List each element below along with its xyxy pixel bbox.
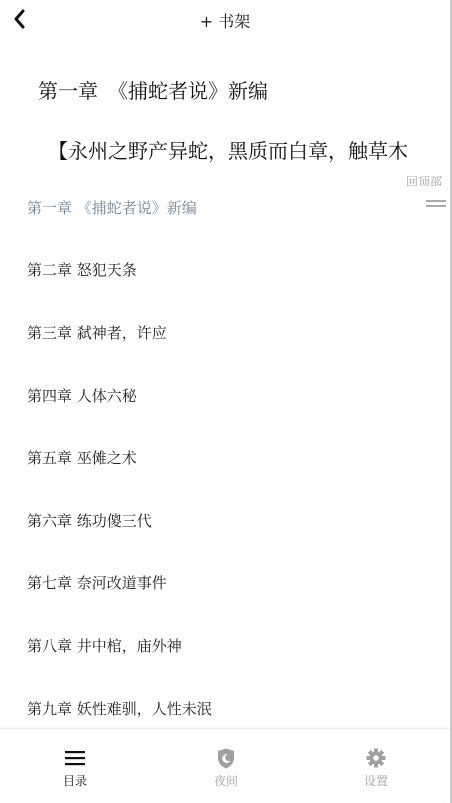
top-bar: + 书架	[0, 0, 450, 40]
toc-item-chapter-7[interactable]: 第七章 奈河改道事件	[27, 572, 167, 593]
night-shield-icon	[186, 746, 266, 770]
table-of-contents: 第一章 《捕蛇者说》新编 第二章 怒犯天条 第三章 弑神者，许应 第四章 人体六…	[0, 186, 450, 726]
drag-handle[interactable]	[426, 200, 446, 210]
toc-item-chapter-5[interactable]: 第五章 巫傩之术	[27, 447, 137, 468]
bottom-nav: 目录 夜间	[0, 728, 450, 803]
nav-night-button[interactable]: 夜间	[186, 746, 266, 789]
toc-item-chapter-8[interactable]: 第八章 井中棺，庙外神	[27, 635, 182, 656]
reader-page: + 书架 第一章 《捕蛇者说》新编 【永州之野产异蛇，黑质而白章，触草木 回顶部…	[0, 0, 452, 803]
toc-item-chapter-6[interactable]: 第六章 练功傻三代	[27, 510, 152, 531]
gear-icon	[336, 746, 416, 770]
nav-toc-button[interactable]: 目录	[35, 746, 115, 789]
toc-item-chapter-3[interactable]: 第三章 弑神者，许应	[27, 322, 167, 343]
chapter-body-text: 【永州之野产异蛇，黑质而白章，触草木	[48, 135, 408, 164]
add-to-shelf-button[interactable]: + 书架	[0, 9, 450, 32]
nav-toc-label: 目录	[35, 772, 115, 789]
chapter-heading: 第一章 《捕蛇者说》新编	[38, 75, 268, 104]
toc-item-chapter-2[interactable]: 第二章 怒犯天条	[27, 259, 137, 280]
nav-night-label: 夜间	[186, 772, 266, 789]
nav-settings-button[interactable]: 设置	[336, 746, 416, 789]
toc-item-chapter-4[interactable]: 第四章 人体六秘	[27, 385, 137, 406]
nav-settings-label: 设置	[336, 772, 416, 789]
toc-item-chapter-1[interactable]: 第一章 《捕蛇者说》新编	[27, 197, 197, 218]
menu-icon	[35, 746, 115, 770]
toc-item-chapter-9[interactable]: 第九章 妖性难驯，人性未泯	[27, 698, 212, 719]
